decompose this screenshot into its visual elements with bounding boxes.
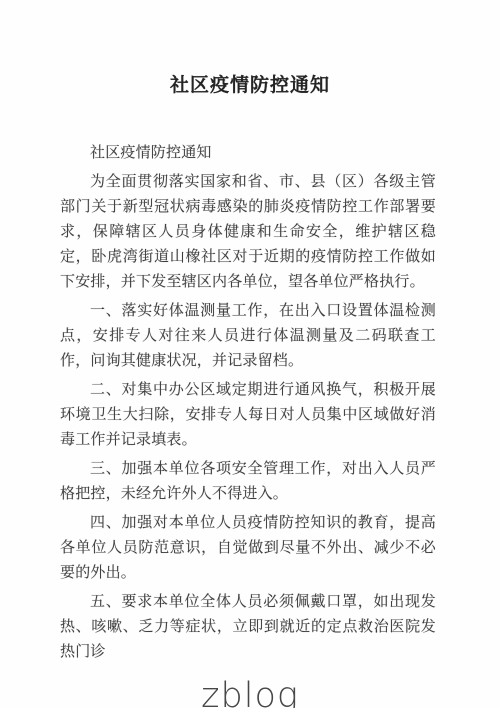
document-page: 社区疫情防控通知 社区疫情防控通知 为全面贯彻落实国家和省、市、县（区）各级主管…	[0, 0, 500, 708]
document-body: 社区疫情防控通知 为全面贯彻落实国家和省、市、县（区）各级主管部门关于新型冠状病…	[60, 141, 436, 669]
list-item-3: 三、加强本单位各项安全管理工作，对出入人员严格把控，未经允许外人不得进入。	[60, 457, 436, 507]
list-item-2: 二、对集中办公区域定期进行通风换气，积极开展环境卫生大扫除，安排专人每日对人员集…	[60, 378, 436, 453]
list-item-4: 四、加强对本单位人员疫情防控知识的教育，提高各单位人员防范意识，自觉做到尽量不外…	[60, 511, 436, 586]
subtitle-line: 社区疫情防控通知	[60, 141, 436, 166]
document-title: 社区疫情防控通知	[0, 70, 500, 97]
paragraph-preamble: 为全面贯彻落实国家和省、市、县（区）各级主管部门关于新型冠状病毒感染的肺炎疫情防…	[60, 170, 436, 295]
zblog-watermark: zblog	[0, 676, 500, 708]
list-item-5-truncated: 五、要求本单位全体人员必须佩戴口罩，如出现发热、咳嗽、乏力等症状，立即到就近的定…	[60, 590, 436, 665]
list-item-1: 一、落实好体温测量工作，在出入口设置体温检测点，安排专人对往来人员进行体温测量及…	[60, 299, 436, 374]
